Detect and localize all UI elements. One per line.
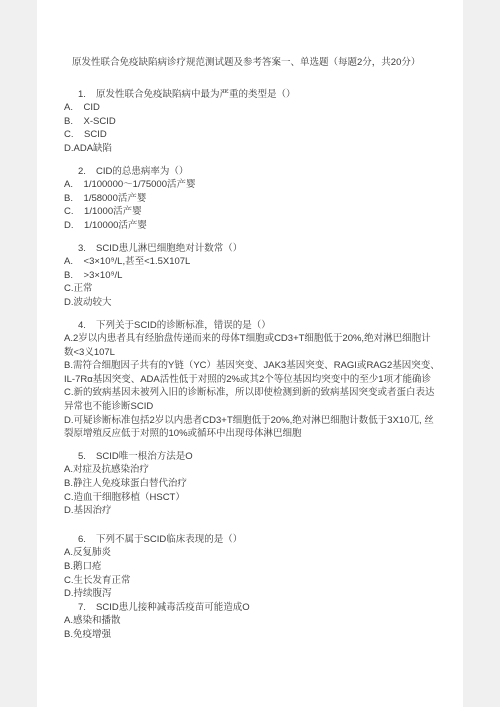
option-line: C. SCID <box>64 128 440 142</box>
option-line: A.2岁以内患者具有经胎盘传递而来的母体T细胞或CD3+T细胞低于20%,绝对淋… <box>64 332 440 359</box>
question-stem: 下列关于SCID的诊断标准，错误的是（） <box>96 320 271 331</box>
option-line: B. >3×10⁹/L <box>64 269 440 283</box>
question-number: 2. <box>78 165 96 179</box>
option-line: B. 1/58000活产婴 <box>64 192 440 206</box>
question-block-4: 4.下列关于SCID的诊断标准，错误的是（） A.2岁以内患者具有经胎盘传递而来… <box>64 319 440 441</box>
question-block-7: 7.SCID患儿接种减毒活疫苗可能造成O A.感染和播散 B.免疫增强 <box>64 601 440 642</box>
question-number: 5. <box>78 450 96 464</box>
doc-title: 原发性联合免疫缺陷病诊疗规范测试题及参考答案一、单选题（每题2分，共20分） <box>64 56 440 70</box>
option-line: A.对症及抗感染治疗 <box>64 463 440 477</box>
question-stem: SCID唯一根治方法是O <box>96 451 193 462</box>
option-line: A.感染和播散 <box>64 614 440 628</box>
document-page: 原发性联合免疫缺陷病诊疗规范测试题及参考答案一、单选题（每题2分，共20分） 1… <box>37 0 463 707</box>
option-line: D. 1/10000活产婴 <box>64 219 440 233</box>
option-line: A. CID <box>64 101 440 115</box>
option-line: C.新的致病基因未被列入旧的诊断标准，所以即使检测到新的致病基因突变或者蛋白表达… <box>64 386 440 413</box>
option-line: B. X-SCID <box>64 115 440 129</box>
question-block-1: 1.原发性联合免疫缺陷病中最为严重的类型是（） A. CID B. X-SCID… <box>64 88 440 156</box>
question-number: 6. <box>78 533 96 547</box>
question-block-3: 3.SCID患儿淋巴细胞绝对计数常（） A. <3×10⁹/L,甚至<1.5X1… <box>64 242 440 310</box>
option-line: C.正常 <box>64 282 440 296</box>
option-line: D.波动较大 <box>64 296 440 310</box>
question-stem-line: 1.原发性联合免疫缺陷病中最为严重的类型是（） <box>64 88 440 102</box>
option-line: D.基因治疗 <box>64 504 440 518</box>
question-stem: CID的总患病率为（） <box>96 166 188 177</box>
option-line: D.ADA缺陷 <box>64 142 440 156</box>
option-line: B.免疫增强 <box>64 628 440 642</box>
option-line: A. 1/100000～1/75000活产婴 <box>64 178 440 192</box>
option-line: A.反复肺炎 <box>64 546 440 560</box>
option-line: B.静注人免疫球蛋白替代治疗 <box>64 477 440 491</box>
question-stem-line: 2.CID的总患病率为（） <box>64 165 440 179</box>
option-line: D.可疑诊断标准包括2岁以内患者CD3+T细胞低于20%,绝对淋巴细胞计数低于3… <box>64 414 440 441</box>
question-stem-line: 4.下列关于SCID的诊断标准，错误的是（） <box>64 319 440 333</box>
option-line: D.持续腹泻 <box>64 587 440 601</box>
question-stem: 原发性联合免疫缺陷病中最为严重的类型是（） <box>96 89 296 100</box>
question-block-2: 2.CID的总患病率为（） A. 1/100000～1/75000活产婴 B. … <box>64 165 440 233</box>
question-stem-line: 3.SCID患儿淋巴细胞绝对计数常（） <box>64 242 440 256</box>
question-stem-line: 5.SCID唯一根治方法是O <box>64 450 440 464</box>
option-line: B.需符合细胞因子共有的Y链（YC）基因突变、JAK3基因突变、RAGI或RAG… <box>64 359 440 386</box>
option-line: C.生长发育正常 <box>64 574 440 588</box>
question-block-5: 5.SCID唯一根治方法是O A.对症及抗感染治疗 B.静注人免疫球蛋白替代治疗… <box>64 450 440 518</box>
option-line: A. <3×10⁹/L,甚至<1.5X107L <box>64 255 440 269</box>
question-number: 3. <box>78 242 96 256</box>
option-line: C. 1/1000活产婴 <box>64 205 440 219</box>
option-line: B.鹅口疮 <box>64 560 440 574</box>
question-stem: SCID患儿淋巴细胞绝对计数常（） <box>96 243 242 254</box>
question-number: 1. <box>78 88 96 102</box>
question-block-6: 6.下列不属于SCID临床表现的是（） A.反复肺炎 B.鹅口疮 C.生长发育正… <box>64 533 440 601</box>
question-number: 4. <box>78 319 96 333</box>
question-number: 7. <box>78 601 96 615</box>
question-stem-line: 6.下列不属于SCID临床表现的是（） <box>64 533 440 547</box>
question-stem: 下列不属于SCID临床表现的是（） <box>96 534 242 545</box>
question-stem-line: 7.SCID患儿接种减毒活疫苗可能造成O <box>64 601 440 615</box>
question-stem: SCID患儿接种减毒活疫苗可能造成O <box>96 602 250 613</box>
option-line: C.造血干细胞移植（HSCT） <box>64 491 440 505</box>
